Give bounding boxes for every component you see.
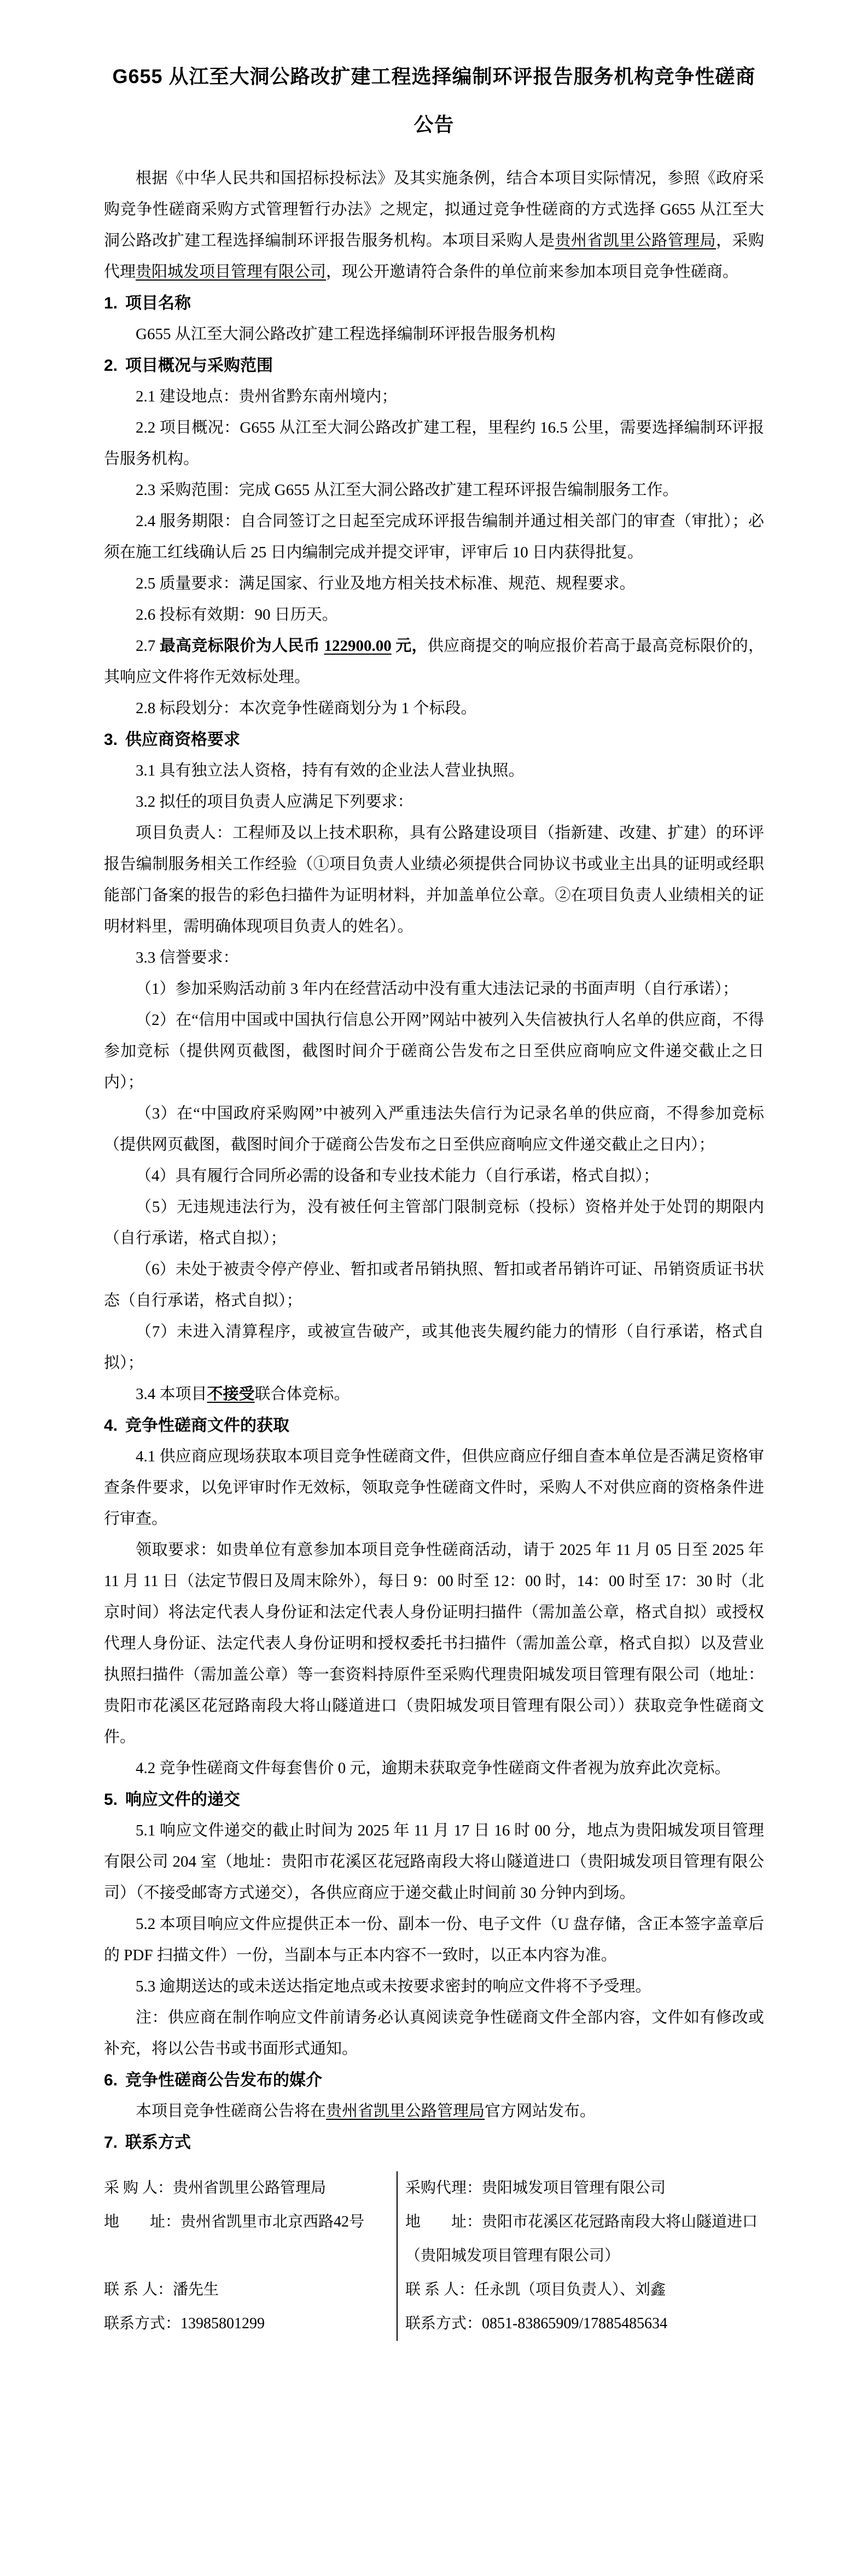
underlined-text: 贵州省凯里公路管理局 [326, 2102, 485, 2120]
emphasized-underlined-text: 122900.00 [324, 637, 391, 655]
paragraph: 3.2 拟任的项目负责人应满足下列要求： [104, 786, 764, 818]
text-run: 3.1 具有独立法人资格，持有有效的企业法人营业执照。 [136, 762, 525, 779]
section-number: 4. [104, 1410, 118, 1441]
paragraph: 2.3 采购范围：完成 G655 从江至大洞公路改扩建工程环评报告编制服务工作。 [104, 475, 764, 506]
text-run: 2.6 投标有效期：90 日历天。 [136, 606, 338, 623]
paragraph: 4.2 竞争性磋商文件每套售价 0 元，逾期未获取竞争性磋商文件者视为放弃此次竞… [104, 1753, 764, 1784]
bold-text: 元， [392, 637, 428, 655]
section-heading-5: 5.响应文件的递交 [104, 1784, 764, 1815]
paragraph: 本项目竞争性磋商公告将在贵州省凯里公路管理局官方网站发布。 [104, 2096, 764, 2127]
paragraph: （2）在“信用中国或中国执行信息公开网”网站中被列入失信被执行人名单的供应商，不… [104, 1005, 764, 1098]
contact-row [104, 2239, 397, 2273]
text-run: 4.2 竞争性磋商文件每套售价 0 元，逾期未获取竞争性磋商文件者视为放弃此次竞… [136, 1759, 731, 1777]
section-number: 1. [104, 288, 118, 319]
text-run: 2.5 质量要求：满足国家、行业及地方相关技术标准、规范、规程要求。 [136, 575, 636, 592]
emphasized-underlined-text: 不接受 [207, 1385, 255, 1403]
text-run: 官方网站发布。 [485, 2102, 596, 2120]
section-number: 7. [104, 2127, 118, 2158]
paragraph: 注：供应商在制作响应文件前请务必认真阅读竞争性磋商文件全部内容，文件如有修改或补… [104, 2002, 764, 2065]
paragraph: 2.5 质量要求：满足国家、行业及地方相关技术标准、规范、规程要求。 [104, 568, 764, 599]
text-run: （4）具有履行合同所必需的设备和专业技术能力（自行承诺，格式自拟）； [136, 1167, 659, 1185]
text-run: 4.1 供应商应现场获取本项目竞争性磋商文件，但供应商应仔细自查本单位是否满足资… [104, 1448, 764, 1528]
paragraph: （3）在“中国政府采购网”中被列入严重违法失信行为记录名单的供应商，不得参加竞标… [104, 1098, 764, 1161]
section-number: 5. [104, 1784, 118, 1815]
paragraph: （1）参加采购活动前 3 年内在经营活动中没有重大违法记录的书面声明（自行承诺）… [104, 974, 764, 1005]
text-run: ，现公开邀请符合条件的单位前来参加本项目竞争性磋商。 [326, 263, 738, 281]
paragraph: （7）未进入清算程序，或被宣告破产，或其他丧失履约能力的情形（自行承诺，格式自拟… [104, 1316, 764, 1379]
paragraph: 项目负责人：工程师及以上技术职称，具有公路建设项目（指新建、改建、扩建）的环评报… [104, 818, 764, 942]
section-number: 2. [104, 350, 118, 381]
contact-table: 采 购 人：贵州省凯里公路管理局地 址：贵州省凯里市北京西路42号 联 系 人：… [104, 2171, 764, 2341]
section-title: 项目概况与采购范围 [125, 357, 273, 375]
text-run: 2.8 标段划分：本次竞争性磋商划分为 1 个标段。 [136, 700, 477, 717]
text-run: 项目负责人：工程师及以上技术职称，具有公路建设项目（指新建、改建、扩建）的环评报… [104, 824, 764, 935]
contact-row: 联系方式：13985801299 [104, 2307, 397, 2341]
paragraph: 2.1 建设地点：贵州省黔东南州境内； [104, 381, 764, 412]
text-run: （6）未处于被责令停产停业、暂扣或者吊销执照、暂扣或者吊销许可证、吊销资质证书状… [104, 1261, 764, 1309]
paragraph: （6）未处于被责令停产停业、暂扣或者吊销执照、暂扣或者吊销许可证、吊销资质证书状… [104, 1254, 764, 1316]
underlined-text: 贵阳城发项目管理有限公司 [136, 263, 326, 281]
section-title: 竞争性磋商文件的获取 [125, 1417, 289, 1435]
paragraph: 3.1 具有独立法人资格，持有有效的企业法人营业执照。 [104, 755, 764, 786]
contact-row: 联系方式：0851-83865909/17885485634 [405, 2307, 764, 2341]
intro-paragraph: 根据《中华人民共和国招标投标法》及其实施条例，结合本项目实际情况，参照《政府采购… [104, 163, 764, 288]
text-run: 2.2 项目概况：G655 从江至大洞公路改扩建工程，里程约 16.5 公里，需… [104, 419, 764, 468]
paragraph: 3.3 信誉要求： [104, 942, 764, 974]
section-title: 竞争性磋商公告发布的媒介 [125, 2071, 322, 2089]
section-heading-7: 7.联系方式 [104, 2127, 764, 2158]
contact-row: 地 址：贵阳市花溪区花冠路南段大将山隧道进口 [405, 2205, 764, 2239]
text-run: 5.2 本项目响应文件应提供正本一份、副本一份、电子文件（U 盘存储，含正本签字… [104, 1915, 764, 1964]
contact-row: 采 购 人：贵州省凯里公路管理局 [104, 2171, 397, 2205]
section-heading-1: 1.项目名称 [104, 288, 764, 319]
contact-row: （贵阳城发项目管理有限公司） [405, 2239, 764, 2273]
bold-text: 最高竞标限价为人民币 [160, 637, 324, 655]
text-run: 5.1 响应文件递交的截止时间为 2025 年 11 月 17 日 16 时 0… [104, 1822, 764, 1902]
section-title: 响应文件的递交 [125, 1791, 240, 1809]
text-run: （1）参加采购活动前 3 年内在经营活动中没有重大违法记录的书面声明（自行承诺）… [136, 980, 738, 998]
text-run: 2.3 采购范围：完成 G655 从江至大洞公路改扩建工程环评报告编制服务工作。 [136, 481, 678, 499]
text-run: 3.2 拟任的项目负责人应满足下列要求： [136, 793, 413, 811]
paragraph: G655 从江至大洞公路改扩建工程选择编制环评报告服务机构 [104, 319, 764, 350]
text-run: 2.7 [136, 637, 160, 655]
text-run: 2.4 服务期限：自合同签订之日起至完成环评报告编制并通过相关部门的审查（审批）… [104, 512, 764, 561]
section-title: 供应商资格要求 [125, 731, 240, 749]
text-run: 注：供应商在制作响应文件前请务必认真阅读竞争性磋商文件全部内容，文件如有修改或补… [104, 2009, 764, 2058]
section-number: 3. [104, 724, 118, 755]
underlined-text: 贵州省凯里公路管理局 [555, 232, 716, 249]
announcement-document: G655 从江至大洞公路改扩建工程选择编制环评报告服务机构竞争性磋商公告 根据《… [0, 0, 868, 2576]
paragraph: 2.6 投标有效期：90 日历天。 [104, 599, 764, 631]
contact-row: 联 系 人：任永凯（项目负责人）、刘鑫 [405, 2273, 764, 2307]
text-run: （2）在“信用中国或中国执行信息公开网”网站中被列入失信被执行人名单的供应商，不… [104, 1011, 764, 1091]
paragraph: （5）无违规违法行为，没有被任何主管部门限制竞标（投标）资格并处于处罚的期限内（… [104, 1192, 764, 1254]
text-run: 本项目竞争性磋商公告将在 [136, 2102, 326, 2120]
contact-row: 地 址：贵州省凯里市北京西路42号 [104, 2205, 397, 2239]
contact-row: 联 系 人：潘先生 [104, 2273, 397, 2307]
agency-column: 采购代理：贵阳城发项目管理有限公司地 址：贵阳市花溪区花冠路南段大将山隧道进口（… [397, 2171, 764, 2341]
section-title: 项目名称 [125, 294, 191, 312]
paragraph: 4.1 供应商应现场获取本项目竞争性磋商文件，但供应商应仔细自查本单位是否满足资… [104, 1441, 764, 1535]
section-heading-6: 6.竞争性磋商公告发布的媒介 [104, 2065, 764, 2096]
paragraph: （4）具有履行合同所必需的设备和专业技术能力（自行承诺，格式自拟）； [104, 1161, 764, 1192]
text-run: 3.4 本项目 [136, 1385, 207, 1403]
paragraph: 3.4 本项目不接受联合体竞标。 [104, 1379, 764, 1410]
paragraph: 5.2 本项目响应文件应提供正本一份、副本一份、电子文件（U 盘存储，含正本签字… [104, 1909, 764, 1971]
text-run: 2.1 建设地点：贵州省黔东南州境内； [136, 388, 398, 405]
paragraph: 5.1 响应文件递交的截止时间为 2025 年 11 月 17 日 16 时 0… [104, 1815, 764, 1909]
document-body: 根据《中华人民共和国招标投标法》及其实施条例，结合本项目实际情况，参照《政府采购… [104, 163, 764, 2341]
section-heading-3: 3.供应商资格要求 [104, 724, 764, 755]
text-run: （7）未进入清算程序，或被宣告破产，或其他丧失履约能力的情形（自行承诺，格式自拟… [104, 1323, 764, 1372]
paragraph: 2.4 服务期限：自合同签订之日起至完成环评报告编制并通过相关部门的审查（审批）… [104, 506, 764, 568]
paragraph: 2.8 标段划分：本次竞争性磋商划分为 1 个标段。 [104, 693, 764, 724]
section-title: 联系方式 [125, 2134, 191, 2152]
text-run: 领取要求：如贵单位有意参加本项目竞争性磋商活动，请于 2025 年 11 月 0… [104, 1541, 764, 1746]
text-run: G655 从江至大洞公路改扩建工程选择编制环评报告服务机构 [136, 325, 556, 343]
paragraph: 2.7 最高竞标限价为人民币 122900.00 元，供应商提交的响应报价若高于… [104, 631, 764, 693]
text-run: 联合体竞标。 [255, 1385, 350, 1403]
text-run: 5.3 逾期送达的或未送达指定地点或未按要求密封的响应文件将不予受理。 [136, 1978, 651, 1995]
paragraph: 5.3 逾期送达的或未送达指定地点或未按要求密封的响应文件将不予受理。 [104, 1971, 764, 2002]
purchaser-column: 采 购 人：贵州省凯里公路管理局地 址：贵州省凯里市北京西路42号 联 系 人：… [104, 2171, 397, 2341]
contact-row: 采购代理：贵阳城发项目管理有限公司 [405, 2171, 764, 2205]
section-heading-2: 2.项目概况与采购范围 [104, 350, 764, 381]
document-title: G655 从江至大洞公路改扩建工程选择编制环评报告服务机构竞争性磋商公告 [104, 53, 764, 149]
section-number: 6. [104, 2065, 118, 2096]
section-heading-4: 4.竞争性磋商文件的获取 [104, 1410, 764, 1441]
text-run: （3）在“中国政府采购网”中被列入严重违法失信行为记录名单的供应商，不得参加竞标… [104, 1105, 764, 1153]
paragraph: 领取要求：如贵单位有意参加本项目竞争性磋商活动，请于 2025 年 11 月 0… [104, 1535, 764, 1753]
text-run: 3.3 信誉要求： [136, 949, 239, 966]
paragraph: 2.2 项目概况：G655 从江至大洞公路改扩建工程，里程约 16.5 公里，需… [104, 412, 764, 475]
text-run: （5）无违规违法行为，没有被任何主管部门限制竞标（投标）资格并处于处罚的期限内（… [104, 1198, 764, 1247]
